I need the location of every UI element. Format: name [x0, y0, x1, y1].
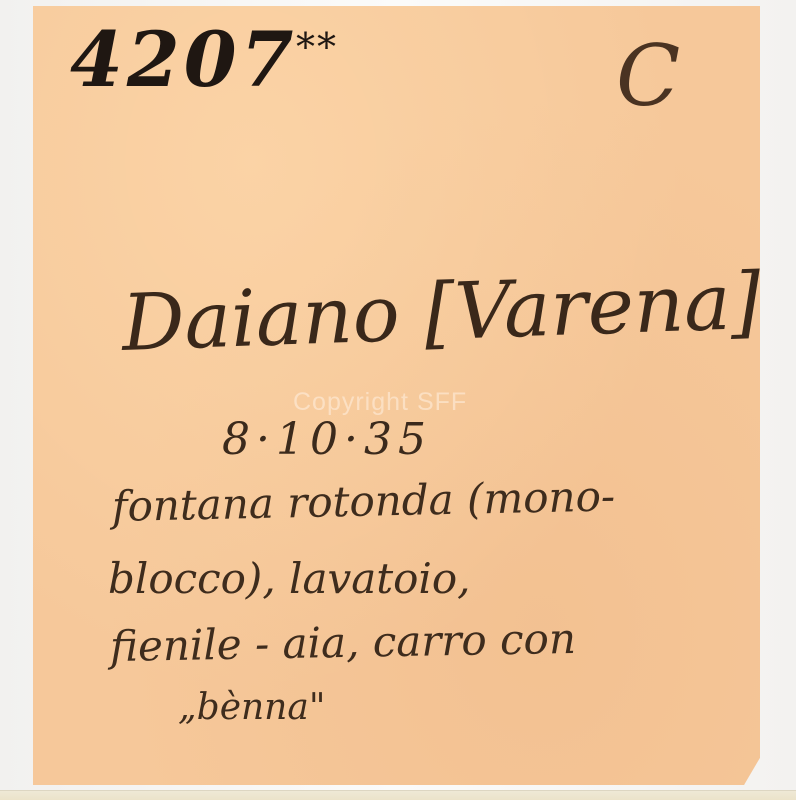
catalog-number: 4207	[70, 22, 298, 98]
star-marks-icon: **	[296, 28, 338, 66]
description-line: blocco), lavatoio,	[108, 558, 471, 600]
underlying-sheet-edge	[0, 790, 796, 800]
description-line: fontana rotonda (mono-	[112, 475, 616, 528]
copyright-watermark: Copyright SFF	[293, 388, 467, 417]
date: 8·10·35	[222, 418, 432, 462]
description-line: „bènna"	[178, 690, 325, 726]
description-line: fienile - aia, carro con	[110, 618, 577, 668]
place-title: Daiano [Varena]	[121, 263, 763, 363]
scan-background: 4207 ** C Daiano [Varena] Copyright SFF …	[0, 0, 796, 800]
corner-letter: C	[616, 34, 680, 118]
